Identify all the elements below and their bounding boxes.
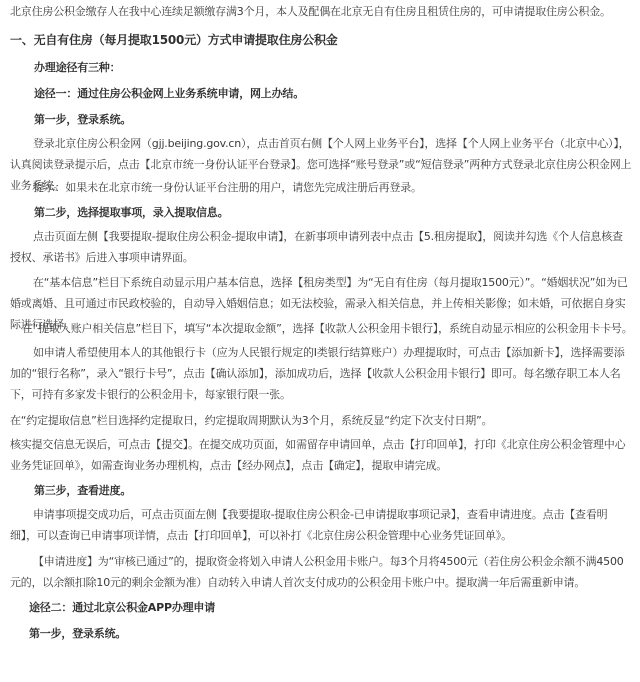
ways-intro: 办理途径有三种：	[34, 59, 120, 75]
intro-text: 北京住房公积金缴存人在我中心连续足额缴存满3个月，本人及配偶在北京无自有住房且租…	[10, 3, 611, 19]
way-2-step-1-heading: 第一步，登录系统。	[29, 625, 126, 641]
way-1-step-2-paragraph-3: 在“提取人账户相关信息”栏目下，填写“本次提取金额”，选择【收款人公积金用卡银行…	[22, 320, 633, 336]
way-1-step-3-heading: 第三步，查看进度。	[34, 482, 131, 498]
section-1-heading: 一、无自有住房（每月提取1500元）方式申请提取住房公积金	[10, 31, 338, 48]
way-1-step-2-paragraph-4: 如申请人希望使用本人的其他银行卡（应为人民银行规定的Ⅰ类银行结算账户）办理提取时…	[10, 342, 632, 405]
way-1-step-3-paragraph-2: 【申请进度】为“审核已通过”的，提取资金将划入申请人公积金用卡账户。每3个月将4…	[10, 551, 632, 593]
way-1-step-2-paragraph-5: 在“约定提取信息”栏目选择约定提取日，约定提取周期默认为3个月，系统反显“约定下…	[10, 412, 492, 428]
way-1-heading: 途径一：通过住房公积金网上业务系统申请，网上办结。	[34, 85, 304, 101]
way-1-step-3-paragraph-1: 申请事项提交成功后，可点击页面左侧【我要提取-提取住房公积金-已申请提取事项记录…	[10, 504, 632, 546]
way-1-step-1-heading: 第一步，登录系统。	[34, 111, 131, 127]
way-1-step-2-paragraph-6: 核实提交信息无误后，可点击【提交】。在提交成功页面，如需留存申请回单，点击【打印…	[10, 434, 632, 476]
way-1-step-2-heading: 第二步，选择提取事项，录入提取信息。	[34, 204, 228, 220]
way-1-step-1-tip: 提示：如果未在北京市统一身份认证平台注册的用户，请您先完成注册后再登录。	[33, 179, 422, 195]
way-1-step-2-paragraph-1: 点击页面左侧【我要提取-提取住房公积金-提取申请】，在新事项申请列表中点击【5.…	[10, 226, 632, 268]
way-2-heading: 途径二：通过北京公积金APP办理申请	[29, 599, 215, 615]
